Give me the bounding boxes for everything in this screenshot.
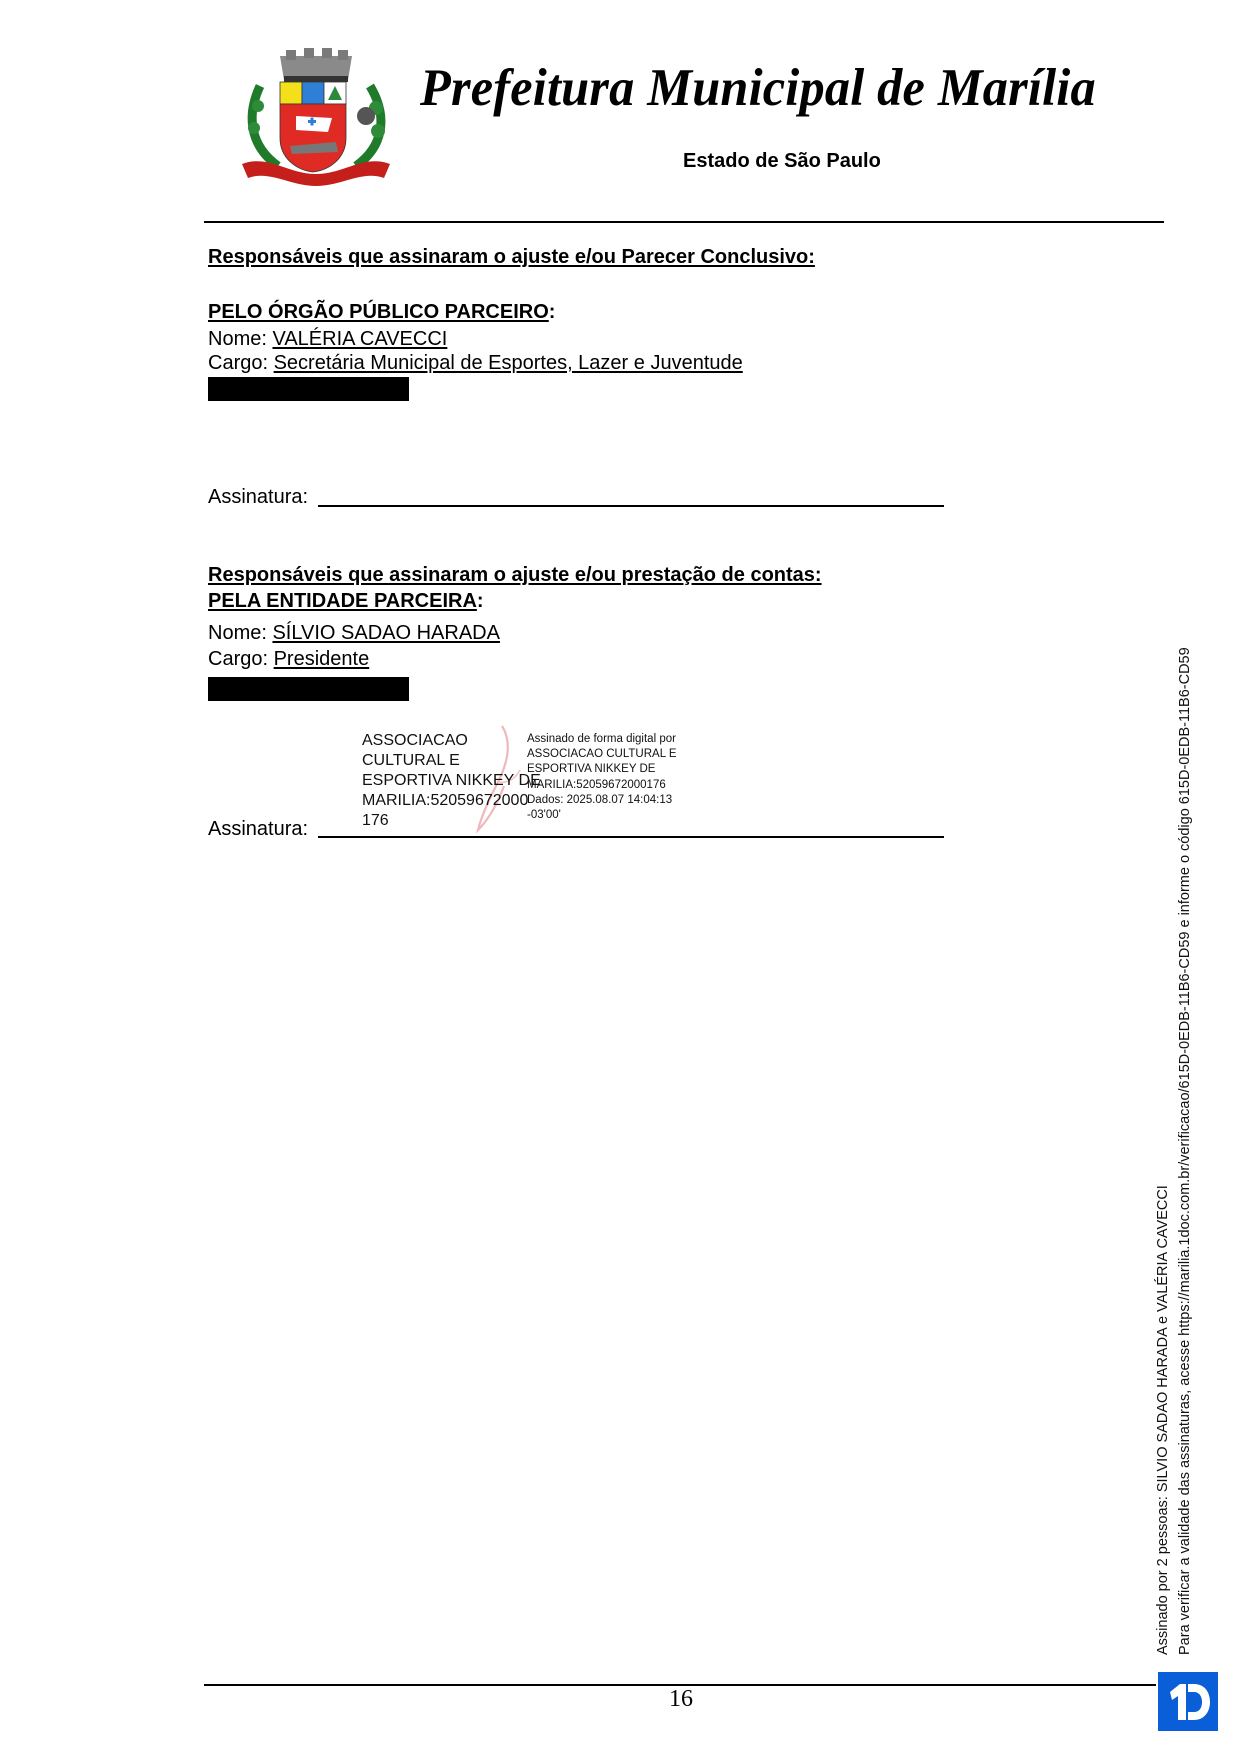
signer-line: MARILIA:52059672000 bbox=[362, 791, 541, 811]
document-subtitle: Estado de São Paulo bbox=[683, 150, 881, 173]
signers-notice: Assinado por 2 pessoas: SILVIO SADAO HAR… bbox=[1155, 1185, 1171, 1655]
1doc-logo-icon bbox=[1158, 1672, 1218, 1731]
section2-name-label: Nome: bbox=[208, 622, 272, 644]
detail-line: MARILIA:52059672000176 bbox=[527, 778, 677, 793]
coat-of-arms-logo bbox=[238, 46, 394, 190]
section1-party-label: PELO ÓRGÃO PÚBLICO PARCEIRO bbox=[208, 301, 549, 323]
signer-line: ESPORTIVA NIKKEY DE bbox=[362, 771, 541, 791]
redaction-block bbox=[208, 677, 409, 701]
section1-heading: Responsáveis que assinaram o ajuste e/ou… bbox=[208, 246, 815, 269]
header-divider bbox=[204, 221, 1164, 223]
section1-signature-line bbox=[318, 505, 944, 507]
signer-line: CULTURAL E bbox=[362, 751, 541, 771]
section1-role-value: Secretária Municipal de Esportes, Lazer … bbox=[274, 352, 743, 374]
section2-role-label: Cargo: bbox=[208, 648, 274, 670]
section2-role-row: Cargo: Presidente bbox=[208, 648, 369, 671]
detail-line: ASSOCIACAO CULTURAL E bbox=[527, 747, 677, 762]
section2-name-value: SÍLVIO SADAO HARADA bbox=[272, 622, 499, 644]
section2-party: PELA ENTIDADE PARCEIRA: bbox=[208, 590, 484, 613]
detail-line: Dados: 2025.08.07 14:04:13 bbox=[527, 793, 677, 808]
redaction-block bbox=[208, 377, 409, 401]
section1-name-value: VALÉRIA CAVECCI bbox=[272, 328, 447, 350]
signer-line: ASSOCIACAO bbox=[362, 731, 541, 751]
section1-role-row: Cargo: Secretária Municipal de Esportes,… bbox=[208, 352, 743, 375]
verification-notice[interactable]: Para verificar a validade das assinatura… bbox=[1177, 647, 1193, 1655]
section1-role-label: Cargo: bbox=[208, 352, 274, 374]
section2-party-colon: : bbox=[477, 590, 484, 612]
digital-signature-details: Assinado de forma digital por ASSOCIACAO… bbox=[527, 732, 677, 823]
section2-role-value: Presidente bbox=[274, 648, 370, 670]
section1-name-label: Nome: bbox=[208, 328, 272, 350]
digital-signature-signer: ASSOCIACAO CULTURAL E ESPORTIVA NIKKEY D… bbox=[362, 731, 541, 831]
signer-line: 176 bbox=[362, 811, 541, 831]
section2-heading: Responsáveis que assinaram o ajuste e/ou… bbox=[208, 564, 822, 587]
document-title: Prefeitura Municipal de Marília bbox=[420, 58, 1096, 118]
section1-signature-label: Assinatura: bbox=[208, 486, 308, 509]
section1-party: PELO ÓRGÃO PÚBLICO PARCEIRO: bbox=[208, 301, 555, 324]
detail-line: Assinado de forma digital por bbox=[527, 732, 677, 747]
detail-line: ESPORTIVA NIKKEY DE bbox=[527, 762, 677, 777]
1doc-badge[interactable] bbox=[1158, 1672, 1218, 1731]
section2-signature-label: Assinatura: bbox=[208, 818, 308, 841]
section1-party-colon: : bbox=[549, 301, 556, 323]
page-number: 16 bbox=[669, 1686, 693, 1713]
detail-line: -03'00' bbox=[527, 808, 677, 823]
section2-signature-line bbox=[318, 836, 944, 838]
section2-party-label: PELA ENTIDADE PARCEIRA bbox=[208, 590, 477, 612]
section2-name-row: Nome: SÍLVIO SADAO HARADA bbox=[208, 622, 500, 645]
section1-name-row: Nome: VALÉRIA CAVECCI bbox=[208, 328, 447, 351]
